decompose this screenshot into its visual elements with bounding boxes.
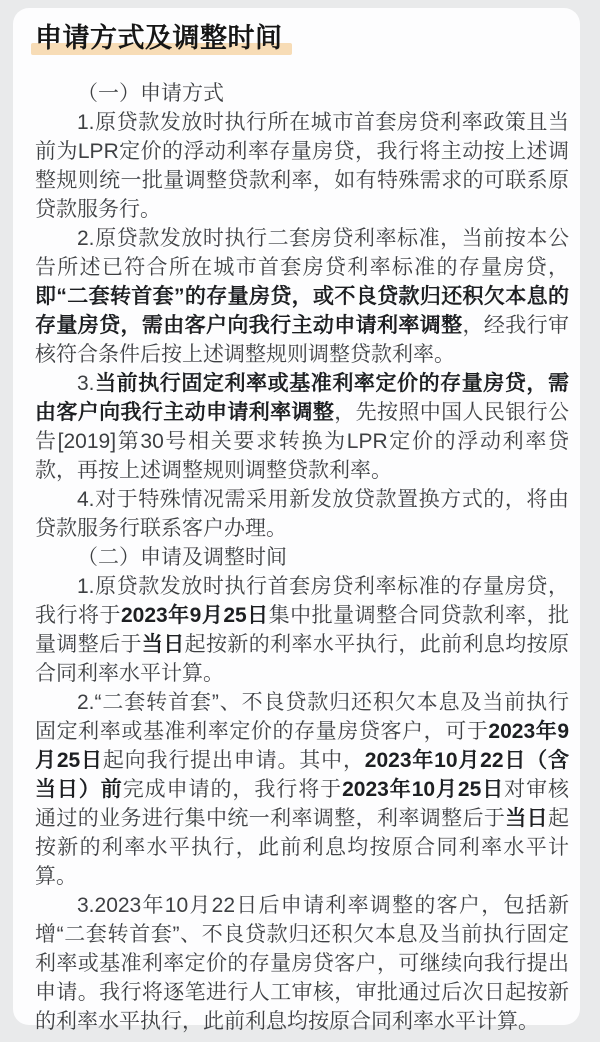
paragraph-9: 3.2023年10月22日后申请利率调整的客户，包括新增“二套转首套”、不良贷款… [35,891,569,1036]
document-body: （一）申请方式1.原贷款发放时执行所在城市首套房贷利率政策且当前为LPR定价的浮… [35,79,569,1036]
paragraph-1: （一）申请方式 [35,79,569,108]
bold-text-run: 2023年9月25日 [121,604,269,627]
text-run: 1.原贷款发放时执行所在城市首套房贷利率政策且当前为LPR定价的浮动利率存量房贷… [35,111,569,221]
text-run: 2.原贷款发放时执行二套房贷利率标准，当前按本公告所述已符合所在城市首套房贷利率… [35,227,569,279]
text-run: （一）申请方式 [77,82,224,105]
text-run: （二）申请及调整时间 [77,546,287,569]
document-title-text: 申请方式及调整时间 [35,23,283,53]
announcement-card: 申请方式及调整时间 （一）申请方式1.原贷款发放时执行所在城市首套房贷利率政策且… [13,8,580,1025]
paragraph-5: 4.对于特殊情况需采用新发放贷款置换方式的，将由贷款服务行联系客户办理。 [35,485,569,543]
paragraph-8: 2.“二套转首套”、不良贷款归还积欠本息及当前执行固定利率或基准利率定价的存量房… [35,688,569,891]
text-run: 3.2023年10月22日后申请利率调整的客户，包括新增“二套转首套”、不良贷款… [35,894,569,1033]
paragraph-2: 1.原贷款发放时执行所在城市首套房贷利率政策且当前为LPR定价的浮动利率存量房贷… [35,108,569,224]
bold-text-run: 当日 [505,807,548,830]
text-run: 起向我行提出申请。其中， [103,749,365,772]
text-run: 3. [77,372,95,395]
bold-text-run: 当日 [142,633,185,656]
text-run: 4.对于特殊情况需采用新发放贷款置换方式的，将由贷款服务行联系客户办理。 [35,488,569,540]
paragraph-7: 1.原贷款发放时执行首套房贷利率标准的存量房贷，我行将于2023年9月25日集中… [35,572,569,688]
paragraph-3: 2.原贷款发放时执行二套房贷利率标准，当前按本公告所述已符合所在城市首套房贷利率… [35,224,569,369]
paragraph-6: （二）申请及调整时间 [35,543,569,572]
paragraph-4: 3.当前执行固定利率或基准利率定价的存量房贷，需由客户向我行主动申请利率调整，先… [35,369,569,485]
text-run: 完成申请的，我行将于 [123,778,342,801]
document-title: 申请方式及调整时间 [35,21,569,55]
bold-text-run: 2023年10月25日 [342,778,504,801]
